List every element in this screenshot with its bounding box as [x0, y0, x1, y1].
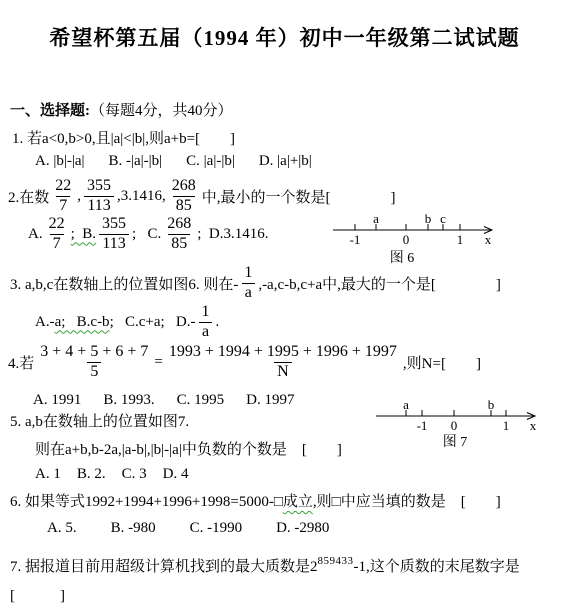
- fraction-denominator: a: [242, 283, 255, 302]
- text-segment: 2.在数: [8, 186, 49, 207]
- option-b: B. 1993.: [103, 392, 154, 409]
- fraction-denominator: N: [274, 362, 292, 381]
- option-d-label: ; D.3.1416.: [197, 226, 268, 243]
- option-d: D. 4: [163, 466, 189, 483]
- grammar-underline-segment: 成立: [283, 494, 313, 510]
- fraction-numerator: 1993 + 1994 + 1995 + 1996 + 1997: [166, 343, 400, 361]
- fraction-denominator: 7: [56, 196, 70, 215]
- option-c: C. 1995: [177, 392, 225, 409]
- option-c: C. -1990: [190, 520, 243, 537]
- text-segment: ,则□中应当填的数是 [ ]: [313, 494, 501, 510]
- question-5-options: A. 1 B. 2. C. 3 D. 4: [35, 466, 188, 483]
- point-label-b: b: [425, 212, 432, 226]
- test-paper-page: 希望杯第五届（1994 年）初中一年级第二试试题 一、选择题:（每题4分，共40…: [0, 0, 569, 608]
- fraction: 355113: [99, 215, 129, 253]
- option-c: C. 3: [122, 466, 147, 483]
- tick-label-0: 0: [451, 418, 458, 433]
- text-segment: 4.若: [8, 352, 34, 373]
- option-d: D. -2980: [276, 520, 329, 537]
- option-b: B. -980: [111, 520, 156, 537]
- text-segment: 3. a,b,c在数轴上的位置如图6. 则在-: [10, 273, 238, 294]
- grammar-underline-segment: a; B.c-b: [55, 314, 110, 331]
- question-6-options: A. 5. B. -980 C. -1990 D. -2980: [47, 520, 329, 537]
- equals-sign: =: [154, 354, 162, 371]
- fraction: 355113: [84, 177, 114, 215]
- axis-label-x: x: [485, 232, 492, 247]
- question-5-stem-line2: 则在a+b,b-2a,|a-b|,|b|-|a|中负数的个数是 [ ]: [35, 440, 342, 460]
- fraction-numerator: 22: [46, 215, 68, 233]
- exponent: 859433: [318, 555, 354, 567]
- option-a: A. |b|-|a|: [35, 153, 85, 170]
- question-4-stem: 4.若 3 + 4 + 5 + 6 + 75 = 1993 + 1994 + 1…: [8, 341, 481, 383]
- text-segment: ,-a,c-b,c+a中,最大的一个是[ ]: [258, 273, 501, 294]
- question-7-answer-bracket: [ ]: [10, 586, 65, 606]
- fraction-numerator: 3 + 4 + 5 + 6 + 7: [37, 343, 151, 361]
- text-segment: ,则N=[ ]: [403, 352, 481, 373]
- fraction-numerator: 22: [52, 177, 74, 195]
- tick-label-neg1: -1: [350, 232, 361, 247]
- grammar-underline-segment: ; B.: [71, 226, 96, 243]
- point-label-c: c: [440, 212, 446, 226]
- page-title: 希望杯第五届（1994 年）初中一年级第二试试题: [0, 22, 569, 52]
- fraction: 1993 + 1994 + 1995 + 1996 + 1997N: [166, 343, 400, 381]
- text-segment: .: [216, 314, 220, 331]
- text-segment: 中,最小的一个数是[ ]: [202, 186, 396, 207]
- question-2-options: A. 227 ; B. 355113 ; C. 26885 ; D.3.1416…: [28, 215, 268, 253]
- question-3-stem: 3. a,b,c在数轴上的位置如图6. 则在- 1a ,-a,c-b,c+a中,…: [10, 263, 501, 303]
- option-a-label: A.: [28, 226, 43, 243]
- text-segment: 7. 据报道目前用超级计算机找到的最大质数是2: [10, 559, 318, 575]
- figure-6-number-line: a b c -1 0 1 x 图 6: [330, 212, 505, 266]
- fraction: 227: [52, 177, 74, 215]
- fraction-numerator: 355: [84, 177, 114, 195]
- question-4-options: A. 1991 B. 1993. C. 1995 D. 1997: [33, 392, 294, 409]
- fraction-denominator: 85: [168, 234, 190, 253]
- question-1-stem: 1. 若a<0,b>0,且|a|<|b|,则a+b=[ ]: [12, 129, 235, 149]
- point-label-a: a: [403, 397, 409, 412]
- figure-caption: 图 7: [443, 434, 468, 449]
- option-a: A. 1: [35, 466, 61, 483]
- fraction: 1a: [199, 303, 213, 341]
- fraction-numerator: 268: [164, 215, 194, 233]
- point-label-b: b: [488, 397, 495, 412]
- fraction-numerator: 1: [199, 303, 213, 321]
- fraction-numerator: 268: [169, 177, 199, 195]
- section-heading: 一、选择题:: [10, 103, 90, 119]
- fraction-denominator: 5: [87, 362, 101, 381]
- fraction-denominator: 85: [173, 196, 195, 215]
- question-6-stem: 6. 如果等式1992+1994+1996+1998=5000-□成立,则□中应…: [10, 492, 501, 512]
- text-segment: ,3.1416,: [117, 188, 166, 205]
- question-3-options: A.- a; B.c-b ; C.c+a; D.- 1a .: [35, 303, 219, 341]
- point-label-a: a: [373, 212, 379, 226]
- fraction: 26885: [169, 177, 199, 215]
- option-c-label: ; C.: [132, 226, 161, 243]
- tick-label-0: 0: [403, 232, 410, 247]
- fraction: 227: [46, 215, 68, 253]
- option-a-label: A.-: [35, 314, 55, 331]
- section-note: （每题4分，共40分）: [90, 103, 233, 119]
- fraction-denominator: a: [199, 322, 212, 341]
- option-a: A. 1991: [33, 392, 81, 409]
- tick-label-neg1: -1: [417, 418, 428, 433]
- axis-label-x: x: [530, 418, 537, 433]
- tick-label-1: 1: [503, 418, 510, 433]
- fraction: 26885: [164, 215, 194, 253]
- question-1-options: A. |b|-|a| B. -|a|-|b| C. |a|-|b| D. |a|…: [35, 153, 312, 170]
- option-b: B. 2.: [77, 466, 106, 483]
- question-7-stem: 7. 据报道目前用超级计算机找到的最大质数是2859433-1,这个质数的末尾数…: [10, 551, 520, 577]
- fraction-denominator: 113: [84, 196, 113, 215]
- fraction: 3 + 4 + 5 + 6 + 75: [37, 343, 151, 381]
- option-c: C. |a|-|b|: [186, 153, 235, 170]
- fraction-denominator: 7: [50, 234, 64, 253]
- fraction-denominator: 113: [99, 234, 128, 253]
- text-segment: -1,这个质数的末尾数字是: [354, 559, 520, 575]
- section-header: 一、选择题:（每题4分，共40分）: [10, 99, 233, 120]
- fraction-numerator: 355: [99, 215, 129, 233]
- text-segment: 6. 如果等式1992+1994+1996+1998=5000-□: [10, 494, 283, 510]
- tick-label-1: 1: [457, 232, 464, 247]
- option-d: D. 1997: [246, 392, 294, 409]
- fraction: 1a: [241, 264, 255, 302]
- text-segment: ; C.c+a; D.-: [110, 314, 196, 331]
- option-d: D. |a|+|b|: [259, 153, 312, 170]
- question-5-stem-line1: 5. a,b在数轴上的位置如图7.: [10, 412, 189, 432]
- option-a: A. 5.: [47, 520, 77, 537]
- figure-7-number-line: a b -1 0 1 x 图 7: [373, 397, 545, 449]
- text-segment: ,: [77, 188, 81, 205]
- question-2-stem: 2.在数 227 , 355113 ,3.1416, 26885 中,最小的一个…: [8, 177, 396, 215]
- option-b: B. -|a|-|b|: [109, 153, 163, 170]
- fraction-numerator: 1: [241, 264, 255, 282]
